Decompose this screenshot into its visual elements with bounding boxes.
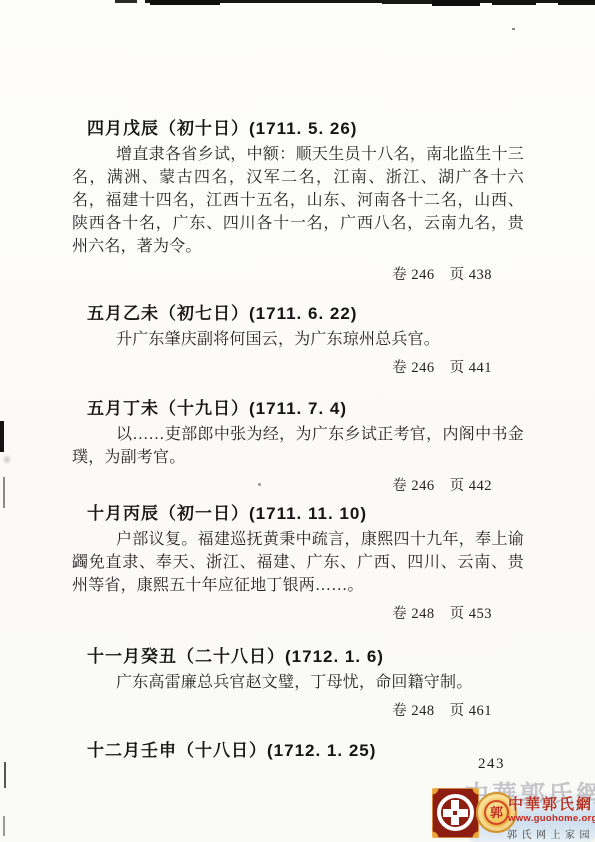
seal-core-shape [453, 811, 457, 815]
volume-page-ref: 卷 246 页 442 [72, 477, 492, 495]
scan-artifact [558, 0, 595, 5]
entry-date-heading: 十一月癸丑（二十八日）(1712. 1. 6) [87, 646, 524, 668]
site-watermark: 中華郭氏網 郭 中華郭氏網 www.guohome.org 郭氏网上家园 [428, 778, 595, 842]
volume-page-ref: 卷 248 页 453 [72, 605, 492, 623]
entry-body-text: 以……吏部郎中张为经，为广东乡试正考官，内阁中书金璞，为副考官。 [72, 423, 524, 469]
watermark-site-name: 中華郭氏網 [508, 793, 593, 814]
chronicle-entry: 十二月壬申（十八日）(1712. 1. 25) [72, 740, 524, 762]
scan-artifact [432, 0, 480, 6]
scan-artifact [0, 421, 4, 452]
scan-artifact [3, 816, 5, 836]
chronicle-entry: 十月丙辰（初一日）(1711. 11. 10) 户部议复。福建巡抚黄秉中疏言，康… [72, 503, 524, 623]
scan-artifact [492, 0, 536, 5]
entry-body-text: 增直隶各省乡试，中额：顺天生员十八名，南北监生十三名，满洲、蒙古四名，汉军二名，… [72, 143, 524, 258]
watermark-tagline: 郭氏网上家园 [507, 826, 594, 841]
entry-date-heading: 五月丁未（十九日）(1711. 7. 4) [87, 398, 524, 420]
scan-artifact [512, 28, 515, 30]
chronicle-entry: 十一月癸丑（二十八日）(1712. 1. 6) 广东高雷廉总兵官赵文璧，丁母忧，… [72, 646, 524, 720]
scan-artifact [150, 0, 220, 5]
entry-date-heading: 五月乙未（初七日）(1711. 6. 22) [87, 303, 524, 325]
chronicle-entry: 四月戊辰（初十日）(1711. 5. 26) 增直隶各省乡试，中额：顺天生员十八… [72, 118, 524, 284]
volume-page-ref: 卷 246 页 441 [72, 359, 492, 377]
scan-artifact [4, 762, 6, 788]
page-number: 243 [478, 756, 505, 773]
entry-body-text: 广东高雷廉总兵官赵文璧，丁母忧，命回籍守制。 [72, 671, 524, 694]
watermark-site-url: www.guohome.org [508, 813, 595, 824]
entry-body-text: 升广东肇庆副将何国云，为广东琼州总兵官。 [72, 328, 524, 351]
scan-artifact [115, 0, 137, 3]
scan-artifact [2, 454, 12, 465]
scan-artifact [3, 477, 5, 508]
scanned-book-page: 四月戊辰（初十日）(1711. 5. 26) 增直隶各省乡试，中额：顺天生员十八… [0, 0, 595, 842]
entry-date-heading: 十月丙辰（初一日）(1711. 11. 10) [87, 503, 524, 525]
chronicle-entry: 五月乙未（初七日）(1711. 6. 22) 升广东肇庆副将何国云，为广东琼州总… [72, 303, 524, 377]
entry-date-heading: 四月戊辰（初十日）(1711. 5. 26) [87, 118, 524, 140]
seal-stamp-icon [432, 788, 479, 838]
volume-page-ref: 卷 248 页 461 [72, 702, 492, 720]
entry-date-heading: 十二月壬申（十八日）(1712. 1. 25) [87, 740, 524, 762]
volume-page-ref: 卷 246 页 438 [72, 266, 492, 284]
entry-body-text: 户部议复。福建巡抚黄秉中疏言，康熙四十九年，奉上谕蠲免直隶、奉天、浙江、福建、广… [72, 528, 524, 597]
medallion-character: 郭 [484, 800, 509, 825]
chronicle-entry: 五月丁未（十九日）(1711. 7. 4) 以……吏部郎中张为经，为广东乡试正考… [72, 398, 524, 495]
